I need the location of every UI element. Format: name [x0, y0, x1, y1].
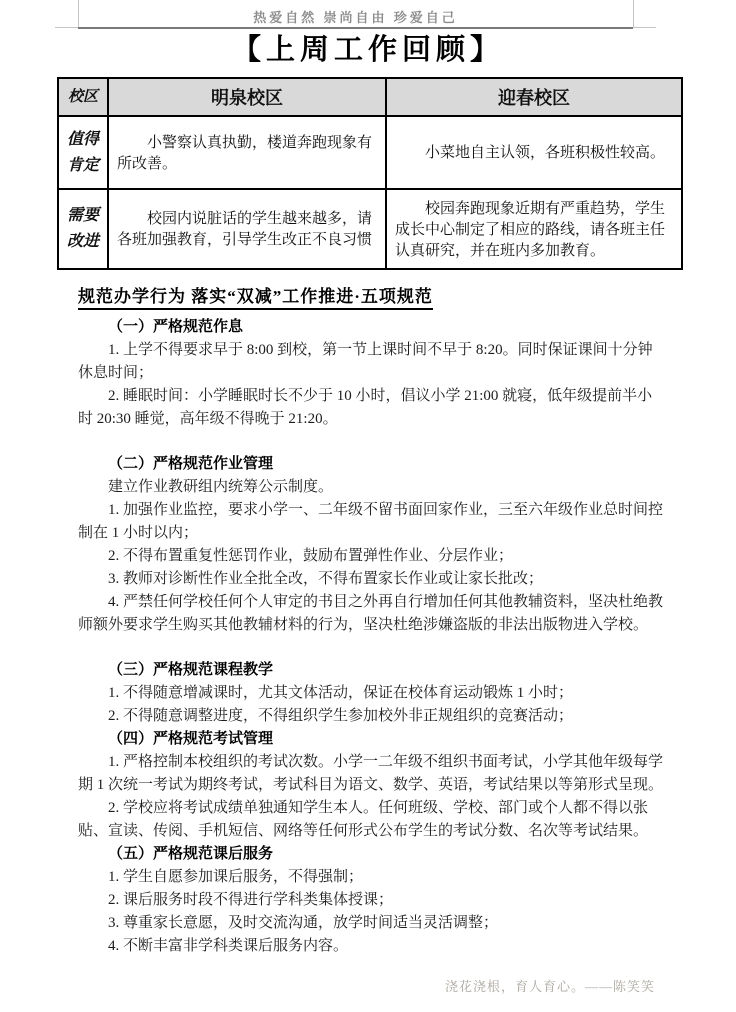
paragraph: 3. 教师对诊断性作业全批全改，不得布置家长作业或让家长批改； [78, 568, 666, 591]
table-row: 需要改进 校园内说脏话的学生越来越多，请各班加强教育，引导学生改正不良习惯 校园… [58, 189, 682, 269]
header-crop-mark-right [633, 0, 634, 27]
table-header-mingquan: 明泉校区 [108, 78, 386, 116]
row-label-praise: 值得肯定 [58, 116, 108, 189]
header-rule [78, 27, 633, 29]
section-3-curriculum: （三）严格规范课程教学 1. 不得随意增减课时，尤其文体活动，保证在校体育运动锻… [78, 659, 666, 728]
header-crop-tick-left [55, 27, 78, 28]
paragraph: 1. 严格控制本校组织的考试次数。小学一二年级不组织书面考试，小学其他年级每学期… [78, 751, 666, 797]
paragraph: 4. 严禁任何学校任何个人审定的书目之外再自行增加任何其他教辅资料，坚决杜绝教师… [78, 591, 666, 637]
document-body: 规范办学行为 落实“双减”工作推进·五项规范 （一）严格规范作息 1. 上学不得… [78, 282, 666, 958]
cell-text: 小警察认真执勤，楼道奔跑现象有所改善。 [117, 132, 377, 174]
paragraph: 2. 睡眠时间：小学睡眠时长不少于 10 小时，倡议小学 21:00 就寝，低年… [78, 385, 666, 431]
row-label-improve: 需要改进 [58, 189, 108, 269]
paragraph: 2. 课后服务时段不得进行学科类集体授课； [78, 889, 666, 912]
paragraph: 1. 学生自愿参加课后服务，不得强制； [78, 866, 666, 889]
cell-improve-yingchun: 校园奔跑现象近期有严重趋势，学生成长中心制定了相应的路线，请各班主任认真研究，并… [386, 189, 682, 269]
cell-text: 校园内说脏话的学生越来越多，请各班加强教育，引导学生改正不良习惯 [117, 208, 377, 250]
header-crop-mark-left [78, 0, 79, 27]
footer-quote: 浇花浇根，育人育心。——陈笑笑 [445, 976, 655, 995]
header-crop-tick-right [633, 27, 656, 28]
cell-text: 小菜地自主认领，各班积极性较高。 [395, 142, 673, 163]
paragraph: 2. 学校应将考试成绩单独通知学生本人。任何班级、学校、部门或个人都不得以张贴、… [78, 797, 666, 843]
page-title: 【上周工作回顾】 [0, 34, 736, 67]
paragraph: 1. 上学不得要求早于 8:00 到校，第一节上课时间不早于 8:20。同时保证… [78, 339, 666, 385]
section-2-homework: （二）严格规范作业管理 建立作业教研组内统筹公示制度。 1. 加强作业监控，要求… [78, 453, 666, 637]
review-table: 校区 明泉校区 迎春校区 值得肯定 小警察认真执勤，楼道奔跑现象有所改善。 小菜… [57, 77, 683, 270]
subsection-title: （一）严格规范作息 [78, 316, 666, 339]
header-slogan: 热爱自然 崇尚自由 珍爱自己 [78, 7, 633, 26]
table-header-campus: 校区 [58, 78, 108, 116]
paragraph: 3. 尊重家长意愿，及时交流沟通，放学时间适当灵活调整； [78, 912, 666, 935]
table-header-yingchun: 迎春校区 [386, 78, 682, 116]
cell-praise-yingchun: 小菜地自主认领，各班积极性较高。 [386, 116, 682, 189]
paragraph: 4. 不断丰富非学科类课后服务内容。 [78, 935, 666, 958]
table-header-row: 校区 明泉校区 迎春校区 [58, 78, 682, 116]
paragraph: 1. 不得随意增减课时，尤其文体活动，保证在校体育运动锻炼 1 小时； [78, 682, 666, 705]
subsection-title: （四）严格规范考试管理 [78, 728, 666, 751]
paragraph: 2. 不得随意调整进度，不得组织学生参加校外非正规组织的竞赛活动； [78, 705, 666, 728]
section-4-exams: （四）严格规范考试管理 1. 严格控制本校组织的考试次数。小学一二年级不组织书面… [78, 728, 666, 843]
section-5-after-school: （五）严格规范课后服务 1. 学生自愿参加课后服务，不得强制； 2. 课后服务时… [78, 843, 666, 958]
cell-text: 校园奔跑现象近期有严重趋势，学生成长中心制定了相应的路线，请各班主任认真研究，并… [395, 198, 673, 261]
paragraph: 2. 不得布置重复性惩罚作业，鼓励布置弹性作业、分层作业； [78, 545, 666, 568]
cell-praise-mingquan: 小警察认真执勤，楼道奔跑现象有所改善。 [108, 116, 386, 189]
section-1-schedule: （一）严格规范作息 1. 上学不得要求早于 8:00 到校，第一节上课时间不早于… [78, 316, 666, 431]
section-heading-double-reduction: 规范办学行为 落实“双减”工作推进·五项规范 [78, 282, 433, 310]
subsection-title: （五）严格规范课后服务 [78, 843, 666, 866]
subsection-title: （二）严格规范作业管理 [78, 453, 666, 476]
cell-improve-mingquan: 校园内说脏话的学生越来越多，请各班加强教育，引导学生改正不良习惯 [108, 189, 386, 269]
subsection-title: （三）严格规范课程教学 [78, 659, 666, 682]
paragraph: 1. 加强作业监控，要求小学一、二年级不留书面回家作业，三至六年级作业总时间控制… [78, 499, 666, 545]
paragraph: 建立作业教研组内统筹公示制度。 [78, 476, 666, 499]
table-row: 值得肯定 小警察认真执勤，楼道奔跑现象有所改善。 小菜地自主认领，各班积极性较高… [58, 116, 682, 189]
